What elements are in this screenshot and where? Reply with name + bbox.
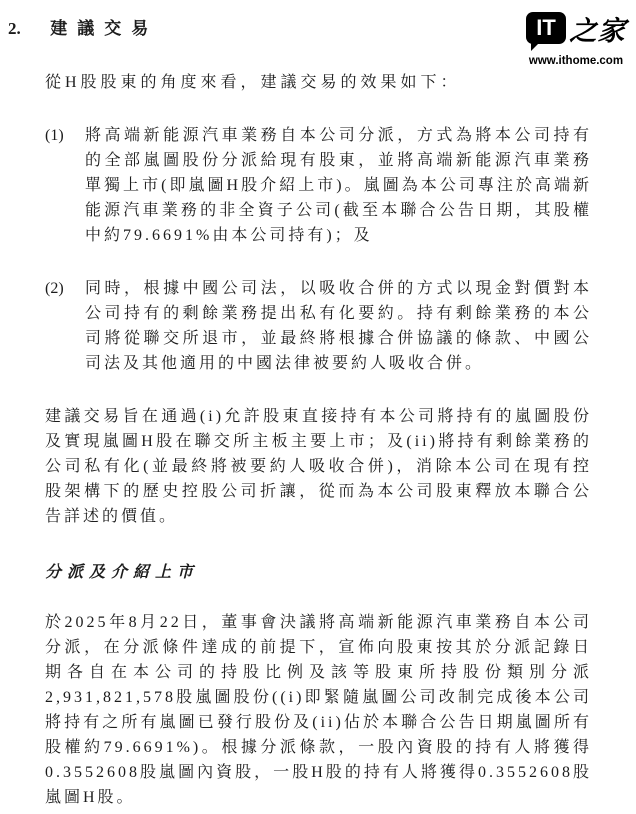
speech-bubble-tail-icon — [531, 41, 541, 51]
list-item-1-text: 將高端新能源汽車業務自本公司分派，方式為將本公司持有的全部嵐圖股份分派給現有股東… — [85, 123, 592, 248]
ithome-logo-row: IT 之家 — [524, 8, 628, 48]
ithome-logo-it-text: IT — [536, 15, 556, 40]
distribution-paragraph: 於2025年8月22日，董事會決議將高端新能源汽車業務自本公司分派，在分派條件達… — [45, 610, 592, 810]
section-title: 建議交易 — [50, 19, 158, 38]
list-item-2-text: 同時，根據中國公司法，以吸收合併的方式以現金對價對本公司持有的剩餘業務提出私有化… — [85, 276, 592, 376]
list-item-2: (2) 同時，根據中國公司法，以吸收合併的方式以現金對價對本公司持有的剩餘業務提… — [45, 276, 592, 376]
intro-paragraph: 從H股股東的角度來看，建議交易的效果如下： — [45, 70, 592, 95]
document-page: IT 之家 www.ithome.com 2. 建議交易 從H股股東的角度來看，… — [0, 0, 636, 814]
section-number: 2. — [8, 19, 36, 39]
ithome-speech-bubble-icon: IT — [526, 12, 566, 44]
ithome-logo: IT 之家 www.ithome.com — [524, 8, 628, 67]
list-item-1-label: (1) — [45, 123, 85, 248]
summary-paragraph: 建議交易旨在通過(i)允許股東直接持有本公司將持有的嵐圖股份及實現嵐圖H股在聯交… — [45, 404, 592, 529]
list-item-2-label: (2) — [45, 276, 85, 376]
list-item-1: (1) 將高端新能源汽車業務自本公司分派，方式為將本公司持有的全部嵐圖股份分派給… — [45, 123, 592, 248]
ithome-logo-zhijia-text: 之家 — [569, 9, 628, 48]
ithome-url-text: www.ithome.com — [524, 55, 628, 67]
subsection-title: 分派及介紹上市 — [45, 560, 592, 585]
